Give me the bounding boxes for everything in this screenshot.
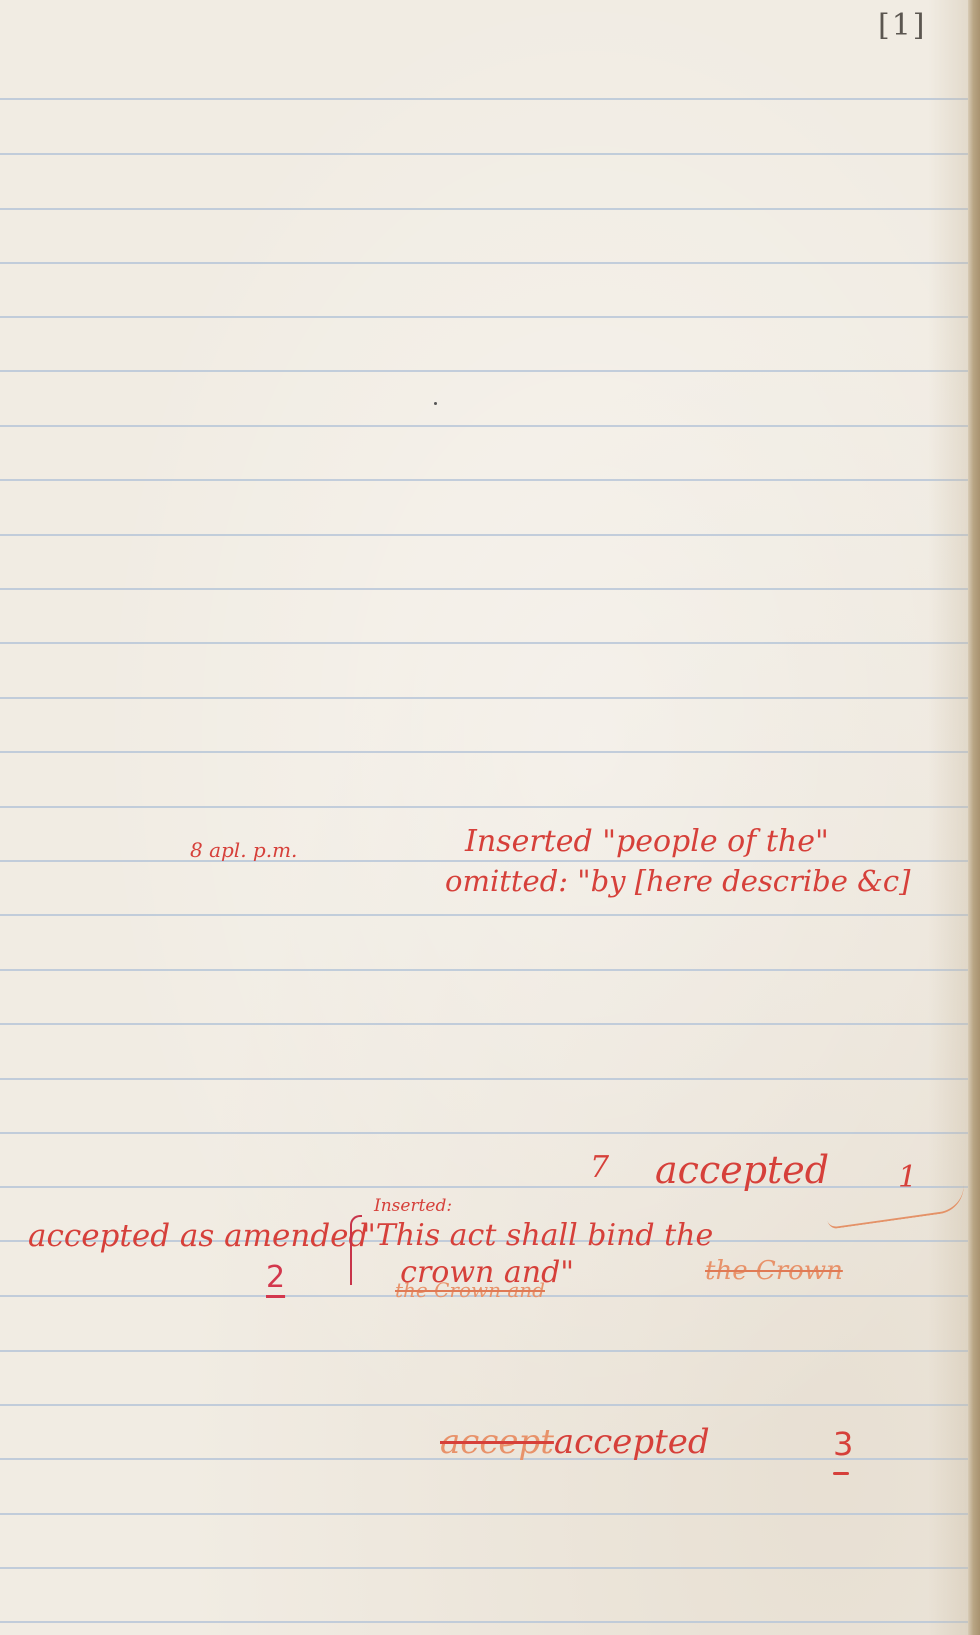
- item3-accepted-label: accepted: [554, 1422, 710, 1462]
- page-number: [1]: [878, 8, 927, 43]
- struck-text: the Crown: [705, 1256, 843, 1286]
- ruled-line: [0, 1404, 972, 1406]
- item1-accepted-label: accepted: [655, 1148, 829, 1192]
- inserted-note: Inserted "people of the": [465, 824, 829, 859]
- item3-struck-prefix: accept: [440, 1422, 554, 1462]
- item3-accepted: acceptaccepted: [440, 1422, 710, 1462]
- item2-number: 2: [266, 1260, 285, 1295]
- insertion-bracket: [350, 1215, 362, 1285]
- ruled-line: [0, 1567, 972, 1569]
- item3-number: 3: [833, 1425, 853, 1463]
- ruled-line: [0, 806, 972, 808]
- stray-mark: [434, 402, 437, 405]
- ruled-line: [0, 860, 972, 862]
- ruled-line: [0, 588, 972, 590]
- ruled-line: [0, 98, 972, 100]
- ruled-line: [0, 1350, 972, 1352]
- ruled-line: [0, 370, 972, 372]
- ruled-line: [0, 534, 972, 536]
- ruled-line: [0, 1621, 972, 1623]
- ruled-line: [0, 262, 972, 264]
- ruled-line: [0, 208, 972, 210]
- ruled-line: [0, 425, 972, 427]
- inserted-label: Inserted:: [374, 1196, 452, 1216]
- item1-prefix: 7: [590, 1150, 609, 1185]
- ruled-line: [0, 914, 972, 916]
- ruled-line: [0, 1023, 972, 1025]
- ruled-line: [0, 642, 972, 644]
- ruled-line: [0, 153, 972, 155]
- ruled-line: [0, 479, 972, 481]
- inserted-text-line1: "This act shall bind the: [362, 1218, 713, 1253]
- ruled-line: [0, 697, 972, 699]
- binding-shadow: [928, 0, 968, 1635]
- ruled-line: [0, 1132, 972, 1134]
- struck-text-line3: the Crown and: [395, 1278, 545, 1302]
- ruled-line: [0, 1513, 972, 1515]
- binding-edge: [968, 0, 980, 1635]
- notebook-page: [1] 8 apl. p.m. Inserted "people of the"…: [0, 0, 980, 1635]
- omitted-note: omitted: "by [here describe &c]: [445, 864, 910, 898]
- ruled-line: [0, 1078, 972, 1080]
- item2-margin-label: accepted as amended: [28, 1218, 368, 1254]
- ruled-line: [0, 969, 972, 971]
- date-note: 8 apl. p.m.: [190, 838, 297, 862]
- ruled-line: [0, 316, 972, 318]
- ruled-line: [0, 751, 972, 753]
- item3-number-underline: [833, 1472, 849, 1475]
